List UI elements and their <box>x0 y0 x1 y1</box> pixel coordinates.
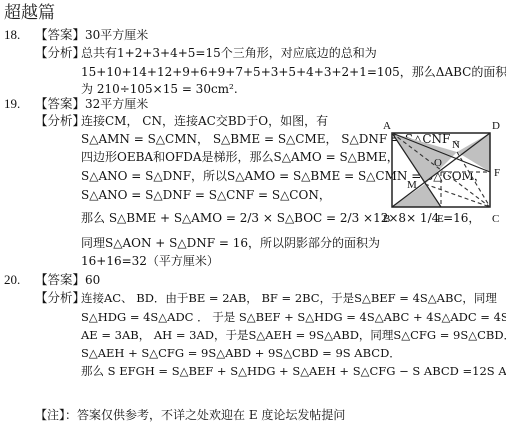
problem-18-answer: 【答案】30平方厘米 <box>35 27 148 43</box>
problem-20-line-4: S△AEH + S△CFG = 9S△ABD + 9S△CBD = 9S ABC… <box>81 345 401 361</box>
label-f: F <box>494 167 500 179</box>
problem-20-line-5: 那么 S EFGH = S△BEF + S△HDG + S△AEH + S△CF… <box>81 363 506 379</box>
footnote: 【注】：答案仅供参考，不详之处欢迎在 E 度论坛发帖提问 <box>35 407 345 423</box>
problem-18-line-1: 总共有1+2+3+4+5=15个三角形，对应底边的总和为 <box>81 45 377 61</box>
label-b: B <box>383 213 390 225</box>
problem-19-line-5: S△ANO = S△DNF = S△CNF = S△CON， <box>81 187 331 203</box>
problem-19-answer: 【答案】32平方厘米 <box>35 96 148 112</box>
problem-18-analysis-label: 【分析】 <box>35 45 85 61</box>
label-m: M <box>407 179 417 191</box>
problem-19-line-1: 连接CM， CN，连接AC交BD于O，如图，有 <box>81 113 328 129</box>
label-e: E <box>437 213 444 225</box>
problem-18-line-3: 为 210÷105×15 = 30cm². <box>81 81 238 97</box>
answer-label: 【答案】 <box>35 27 85 42</box>
label-a: A <box>383 120 391 132</box>
problem-19-number: 19. <box>4 96 20 112</box>
label-c: C <box>492 213 499 225</box>
label-n: N <box>452 139 460 151</box>
shaded-region-amn <box>392 133 457 184</box>
label-d: D <box>492 120 500 132</box>
problem-20-number: 20. <box>4 272 20 288</box>
shaded-region-ndf <box>457 133 490 172</box>
problem-18-line-2: 15+10+14+12+9+6+9+7+5+3+5+4+3+2+1=105，那么… <box>81 64 506 80</box>
section-title: 超越篇 <box>4 3 55 23</box>
problem-19-line-7: 同理S△AON + S△DNF = 16，所以阴影部分的面积为 <box>81 235 380 251</box>
answer-value: 32平方厘米 <box>85 97 148 111</box>
problem-20-answer: 【答案】60 <box>35 272 100 288</box>
problem-19-line-3: 四边形OEBA和OFDA是梯形，那么S△AMO = S△BME， <box>81 149 399 165</box>
answer-label: 【答案】 <box>35 96 85 111</box>
problem-18-number: 18. <box>4 27 20 43</box>
problem-20-line-3: AE = 3AB， AH = 3AD，于是S△AEH = 9S△ABD，同理S△… <box>81 327 506 343</box>
problem-19-analysis-label: 【分析】 <box>35 113 85 129</box>
answer-value: 60 <box>85 273 100 287</box>
label-o: O <box>434 157 442 169</box>
problem-20-line-1: 连接AC、 BD．由于BE = 2AB， BF = 2BC，于是S△BEF = … <box>81 290 497 306</box>
answer-value: 30平方厘米 <box>85 28 148 42</box>
problem-20-analysis-label: 【分析】 <box>35 290 85 306</box>
answer-label: 【答案】 <box>35 272 85 287</box>
geometry-figure: A D N O F M B E C <box>370 112 506 232</box>
problem-19-line-8: 16+16=32（平方厘米） <box>81 253 219 269</box>
problem-20-line-2: S△HDG = 4S△ADC ． 于是 S△BEF + S△HDG = 4S△A… <box>81 309 506 325</box>
